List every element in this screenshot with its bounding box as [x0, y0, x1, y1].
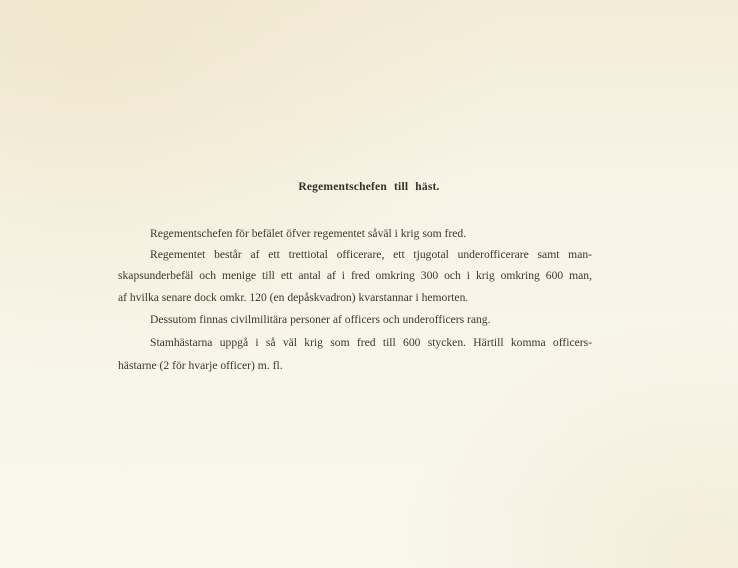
paragraph-3-line-1: Dessutom finnas civilmilitära personer a…: [150, 313, 592, 327]
paragraph-1-line-1: Regementschefen för befälet öfver regeme…: [150, 227, 592, 241]
paragraph-2-line-2: skapsunderbefäl och menige till ett anta…: [118, 269, 592, 283]
paragraph-4-line-2: hästarne (2 för hvarje officer) m. fl.: [118, 359, 592, 373]
page-title: Regementschefen till häst.: [0, 181, 738, 193]
scanned-page: Regementschefen till häst. Regementschef…: [0, 0, 738, 568]
paragraph-4-line-1: Stamhästarna uppgå i så väl krig som fre…: [150, 336, 592, 350]
paragraph-2-line-1: Regementet består af ett trettiotal offi…: [150, 248, 592, 262]
paragraph-2-line-3: af hvilka senare dock omkr. 120 (en depå…: [118, 291, 592, 305]
